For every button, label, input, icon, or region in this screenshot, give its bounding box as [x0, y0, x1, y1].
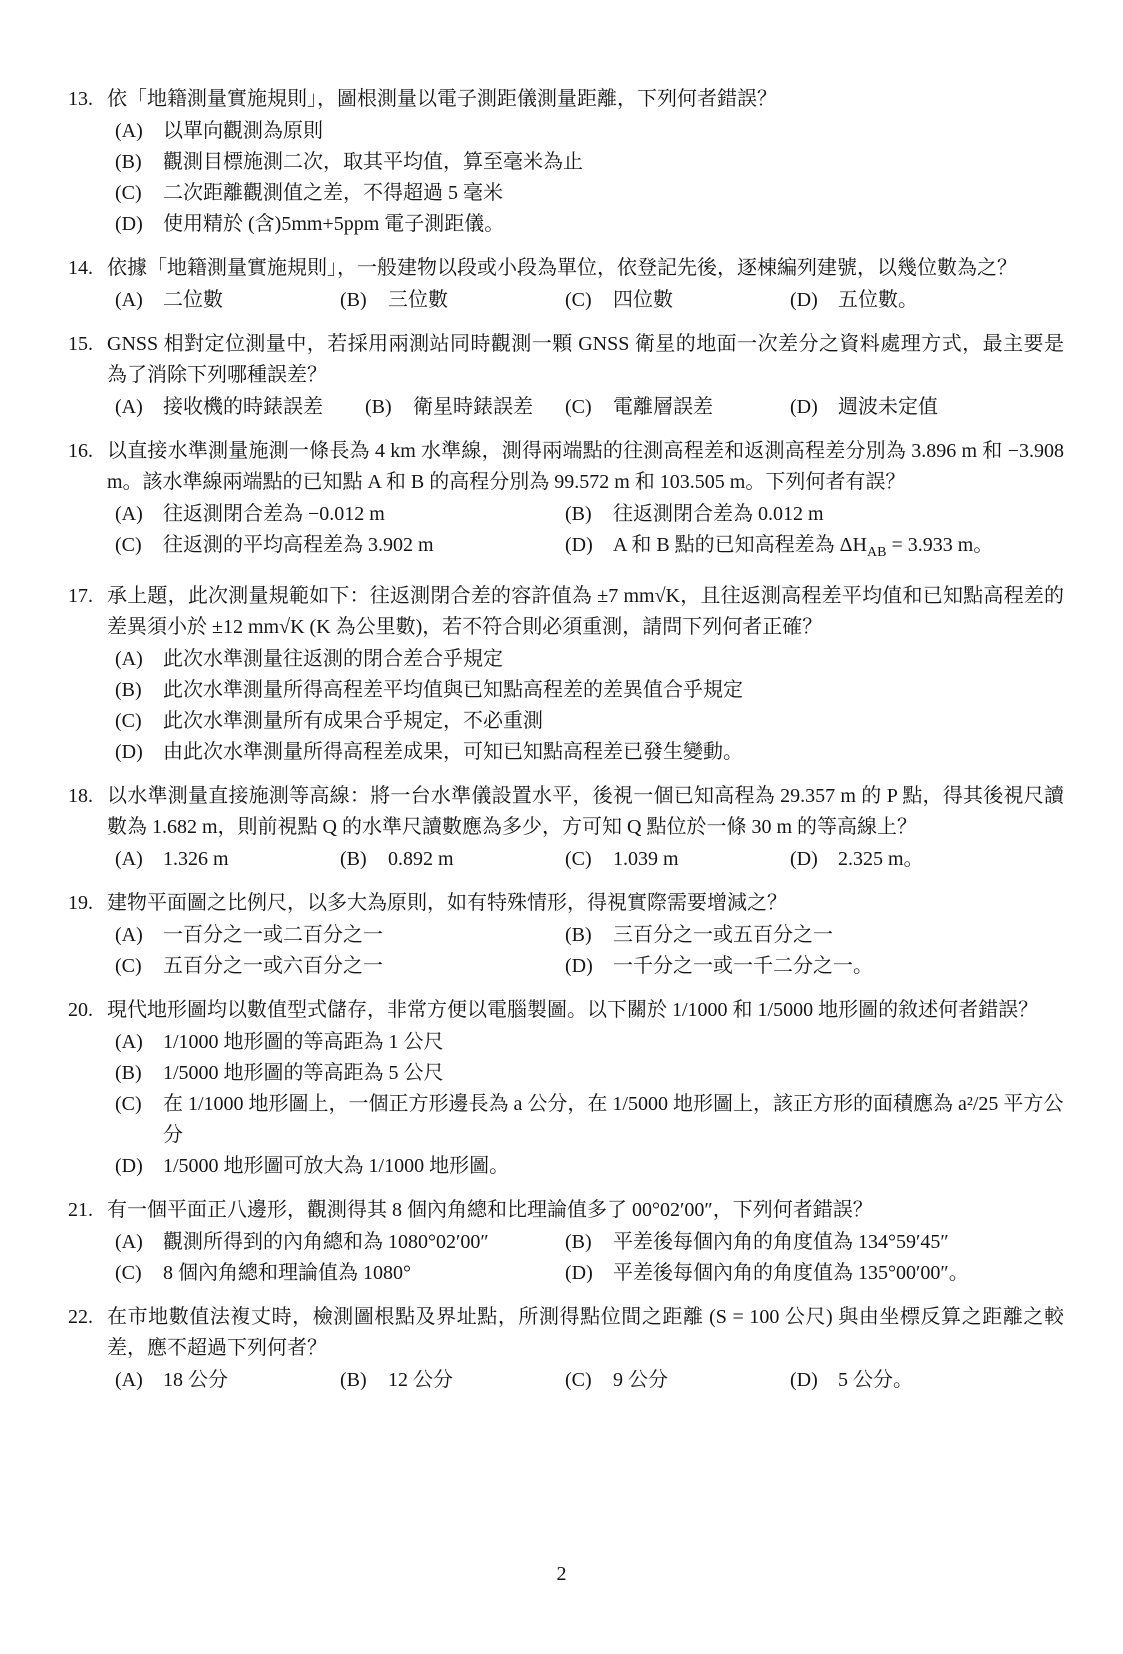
option-label: (D) [565, 530, 593, 561]
option-label: (D) [115, 209, 143, 240]
q19-option-b: (B) 三百分之一或五百分之一 [565, 920, 1064, 951]
option-label: (D) [565, 1258, 593, 1289]
question-stem-text: 以直接水準測量施測一條長為 4 km 水準線，測得兩端點的往測高程差和返測高程差… [107, 440, 1064, 493]
question-15-options: (A) 接收機的時錶誤差 (B) 衛星時錶誤差 (C) 電離層誤差 (D) 週波… [68, 392, 1064, 423]
option-label: (B) [565, 499, 592, 530]
option-label: (D) [790, 285, 818, 316]
question-number: 19. [68, 888, 93, 919]
question-17-stem: 17. 承上題，此次測量規範如下：往返測閉合差的容許值為 ±7 mm√K，且往返… [68, 581, 1064, 643]
q21-option-d: (D) 平差後每個內角的角度值為 135°00′00″。 [565, 1258, 1064, 1289]
question-stem-text: 以水準測量直接施測等高線：將一台水準儀設置水平，後視一個已知高程為 29.357… [107, 785, 1064, 838]
option-text: 平差後每個內角的角度值為 135°00′00″。 [613, 1262, 969, 1284]
question-13: 13. 依「地籍測量實施規則」，圖根測量以電子測距儀測量距離，下列何者錯誤？ (… [68, 84, 1064, 240]
question-22-stem: 22. 在市地數值法複丈時，檢測圖根點及界址點，所測得點位間之距離 (S = 1… [68, 1302, 1064, 1364]
q19-option-a: (A) 一百分之一或二百分之一 [115, 920, 565, 951]
question-stem-text: 現代地形圖均以數值型式儲存，非常方便以電腦製圖。以下關於 1/1000 和 1/… [107, 999, 1038, 1021]
option-label: (C) [565, 1365, 592, 1396]
option-text: 觀測所得到的內角總和為 1080°02′00″ [163, 1231, 489, 1253]
option-text: 二次距離觀測值之差，不得超過 5 毫米 [163, 182, 503, 204]
option-text: 使用精於 (含)5mm+5ppm 電子測距儀。 [163, 213, 504, 235]
q22-option-a: (A) 18 公分 [115, 1365, 340, 1396]
question-18-options: (A) 1.326 m (B) 0.892 m (C) 1.039 m (D) … [68, 844, 1064, 875]
option-label: (A) [115, 1027, 143, 1058]
option-text: 此次水準測量所得高程差平均值與已知點高程差的差異值合乎規定 [163, 679, 743, 701]
option-text: 由此次水準測量所得高程差成果，可知已知點高程差已發生變動。 [163, 741, 743, 763]
question-15-stem: 15. GNSS 相對定位測量中，若採用兩測站同時觀測一顆 GNSS 衛星的地面… [68, 329, 1064, 391]
q13-option-c: (C) 二次距離觀測值之差，不得超過 5 毫米 [115, 178, 1064, 209]
option-label: (B) [340, 1365, 367, 1396]
option-text: 0.892 m [388, 848, 454, 870]
option-text: 五百分之一或六百分之一 [163, 955, 383, 977]
option-label: (B) [565, 1227, 592, 1258]
option-text: 衛星時錶誤差 [413, 396, 533, 418]
option-text: 2.325 m。 [838, 848, 924, 870]
q19-option-c: (C) 五百分之一或六百分之一 [115, 951, 565, 982]
question-19: 19. 建物平面圖之比例尺，以多大為原則，如有特殊情形，得視實際需要增減之？ (… [68, 888, 1064, 982]
option-label: (A) [115, 116, 143, 147]
option-label: (C) [565, 285, 592, 316]
option-text: 三百分之一或五百分之一 [613, 924, 833, 946]
option-label: (B) [565, 920, 592, 951]
option-label: (B) [340, 285, 367, 316]
option-text: 此次水準測量所有成果合乎規定，不必重測 [163, 710, 543, 732]
q13-option-a: (A) 以單向觀測為原則 [115, 116, 1064, 147]
option-text: 此次水準測量往返測的閉合差合乎規定 [163, 648, 503, 670]
option-text: 12 公分 [388, 1369, 453, 1391]
question-stem-text: 依據「地籍測量實施規則」，一般建物以段或小段為單位，依登記先後，逐棟編列建號，以… [107, 257, 1017, 279]
question-number: 22. [68, 1302, 93, 1333]
q22-option-b: (B) 12 公分 [340, 1365, 565, 1396]
option-label: (A) [115, 644, 143, 675]
option-text: 四位數 [613, 289, 673, 311]
option-text: 18 公分 [163, 1369, 228, 1391]
option-text: 1/5000 地形圖的等高距為 5 公尺 [163, 1062, 444, 1084]
option-text: 一千分之一或一千二分之一。 [613, 955, 873, 977]
question-number: 15. [68, 329, 93, 360]
option-text: 8 個內角總和理論值為 1080° [163, 1262, 411, 1284]
question-17: 17. 承上題，此次測量規範如下：往返測閉合差的容許值為 ±7 mm√K，且往返… [68, 581, 1064, 768]
question-16: 16. 以直接水準測量施測一條長為 4 km 水準線，測得兩端點的往測高程差和返… [68, 436, 1064, 568]
option-label: (C) [565, 844, 592, 875]
q20-option-c: (C) 在 1/1000 地形圖上，一個正方形邊長為 a 公分，在 1/5000… [115, 1089, 1064, 1151]
q13-option-d: (D) 使用精於 (含)5mm+5ppm 電子測距儀。 [115, 209, 1064, 240]
q16-option-a: (A) 往返測閉合差為 −0.012 m [115, 499, 565, 530]
q15-option-b: (B) 衛星時錶誤差 [365, 392, 565, 423]
q17-option-a: (A) 此次水準測量往返測的閉合差合乎規定 [115, 644, 1064, 675]
option-text: 9 公分 [613, 1369, 668, 1391]
q19-option-d: (D) 一千分之一或一千二分之一。 [565, 951, 1064, 982]
question-22-options: (A) 18 公分 (B) 12 公分 (C) 9 公分 (D) 5 公分。 [68, 1365, 1064, 1396]
question-20-stem: 20. 現代地形圖均以數值型式儲存，非常方便以電腦製圖。以下關於 1/1000 … [68, 995, 1064, 1026]
option-label: (C) [115, 530, 142, 561]
question-14-stem: 14. 依據「地籍測量實施規則」，一般建物以段或小段為單位，依登記先後，逐棟編列… [68, 253, 1064, 284]
page-number: 2 [0, 1562, 1123, 1586]
option-text: 二位數 [163, 289, 223, 311]
option-text: 五位數。 [838, 289, 918, 311]
q16-option-c: (C) 往返測的平均高程差為 3.902 m [115, 530, 565, 568]
question-stem-text: 有一個平面正八邊形，觀測得其 8 個內角總和比理論值多了 00°02′00″，下… [107, 1199, 873, 1221]
question-stem-text: GNSS 相對定位測量中，若採用兩測站同時觀測一顆 GNSS 衛星的地面一次差分… [107, 333, 1064, 386]
question-stem-text: 承上題，此次測量規範如下：往返測閉合差的容許值為 ±7 mm√K，且往返測高程差… [107, 585, 1064, 638]
question-21: 21. 有一個平面正八邊形，觀測得其 8 個內角總和比理論值多了 00°02′0… [68, 1195, 1064, 1289]
option-label: (D) [565, 951, 593, 982]
question-number: 13. [68, 84, 93, 115]
q15-option-c: (C) 電離層誤差 [565, 392, 790, 423]
option-text: 往返測閉合差為 −0.012 m [163, 503, 385, 525]
option-label: (B) [115, 1058, 142, 1089]
question-number: 16. [68, 436, 93, 467]
question-19-stem: 19. 建物平面圖之比例尺，以多大為原則，如有特殊情形，得視實際需要增減之？ [68, 888, 1064, 919]
option-label: (A) [115, 499, 143, 530]
option-label: (C) [115, 706, 142, 737]
option-text: 1/1000 地形圖的等高距為 1 公尺 [163, 1031, 444, 1053]
q16-option-d: (D) A 和 B 點的已知高程差為 ΔHAB = 3.933 m。 [565, 530, 1064, 568]
question-number: 18. [68, 781, 93, 812]
option-text: 一百分之一或二百分之一 [163, 924, 383, 946]
option-label: (A) [115, 392, 143, 423]
q17-option-b: (B) 此次水準測量所得高程差平均值與已知點高程差的差異值合乎規定 [115, 675, 1064, 706]
option-label: (C) [565, 392, 592, 423]
q14-option-c: (C) 四位數 [565, 285, 790, 316]
option-text: 1/5000 地形圖可放大為 1/1000 地形圖。 [163, 1155, 509, 1177]
option-text-subscript: AB [867, 545, 886, 560]
q21-option-b: (B) 平差後每個內角的角度值為 134°59′45″ [565, 1227, 1064, 1258]
q14-option-d: (D) 五位數。 [790, 285, 1064, 316]
question-number: 14. [68, 253, 93, 284]
option-text: 以單向觀測為原則 [163, 120, 323, 142]
question-stem-text: 在市地數值法複丈時，檢測圖根點及界址點，所測得點位間之距離 (S = 100 公… [107, 1306, 1064, 1359]
q16-option-b: (B) 往返測閉合差為 0.012 m [565, 499, 1064, 530]
option-label: (D) [115, 1151, 143, 1182]
q18-option-d: (D) 2.325 m。 [790, 844, 1064, 875]
question-20-options: (A) 1/1000 地形圖的等高距為 1 公尺 (B) 1/5000 地形圖的… [68, 1027, 1064, 1182]
option-label: (C) [115, 1258, 142, 1289]
option-text: 往返測的平均高程差為 3.902 m [163, 534, 434, 556]
option-label: (D) [790, 844, 818, 875]
question-number: 21. [68, 1195, 93, 1226]
q20-option-a: (A) 1/1000 地形圖的等高距為 1 公尺 [115, 1027, 1064, 1058]
option-text: 接收機的時錶誤差 [163, 396, 323, 418]
q20-option-b: (B) 1/5000 地形圖的等高距為 5 公尺 [115, 1058, 1064, 1089]
option-text: 往返測閉合差為 0.012 m [613, 503, 824, 525]
option-text: 週波未定值 [838, 396, 938, 418]
exam-content: 13. 依「地籍測量實施規則」，圖根測量以電子測距儀測量距離，下列何者錯誤？ (… [68, 84, 1064, 1409]
option-label: (A) [115, 920, 143, 951]
question-20: 20. 現代地形圖均以數值型式儲存，非常方便以電腦製圖。以下關於 1/1000 … [68, 995, 1064, 1182]
question-18-stem: 18. 以水準測量直接施測等高線：將一台水準儀設置水平，後視一個已知高程為 29… [68, 781, 1064, 843]
question-17-options: (A) 此次水準測量往返測的閉合差合乎規定 (B) 此次水準測量所得高程差平均值… [68, 644, 1064, 768]
question-stem-text: 建物平面圖之比例尺，以多大為原則，如有特殊情形，得視實際需要增減之？ [107, 892, 787, 914]
question-stem-text: 依「地籍測量實施規則」，圖根測量以電子測距儀測量距離，下列何者錯誤？ [107, 88, 777, 110]
option-label: (D) [115, 737, 143, 768]
option-label: (A) [115, 285, 143, 316]
q14-option-b: (B) 三位數 [340, 285, 565, 316]
question-19-options: (A) 一百分之一或二百分之一 (B) 三百分之一或五百分之一 (C) 五百分之… [68, 920, 1064, 982]
option-text: 在 1/1000 地形圖上，一個正方形邊長為 a 公分，在 1/5000 地形圖… [163, 1093, 1063, 1146]
option-label: (C) [115, 178, 142, 209]
question-13-stem: 13. 依「地籍測量實施規則」，圖根測量以電子測距儀測量距離，下列何者錯誤？ [68, 84, 1064, 115]
option-label: (D) [790, 1365, 818, 1396]
question-22: 22. 在市地數值法複丈時，檢測圖根點及界址點，所測得點位間之距離 (S = 1… [68, 1302, 1064, 1396]
q20-option-d: (D) 1/5000 地形圖可放大為 1/1000 地形圖。 [115, 1151, 1064, 1182]
q15-option-a: (A) 接收機的時錶誤差 [115, 392, 365, 423]
question-15: 15. GNSS 相對定位測量中，若採用兩測站同時觀測一顆 GNSS 衛星的地面… [68, 329, 1064, 423]
option-label: (C) [115, 1089, 142, 1120]
option-text: 觀測目標施測二次，取其平均值，算至毫米為止 [163, 151, 583, 173]
q22-option-d: (D) 5 公分。 [790, 1365, 1064, 1396]
question-14: 14. 依據「地籍測量實施規則」，一般建物以段或小段為單位，依登記先後，逐棟編列… [68, 253, 1064, 316]
option-label: (B) [115, 675, 142, 706]
question-18: 18. 以水準測量直接施測等高線：將一台水準儀設置水平，後視一個已知高程為 29… [68, 781, 1064, 875]
option-label: (A) [115, 1365, 143, 1396]
option-text: 5 公分。 [838, 1369, 913, 1391]
option-label: (A) [115, 1227, 143, 1258]
option-label: (B) [115, 147, 142, 178]
q17-option-c: (C) 此次水準測量所有成果合乎規定，不必重測 [115, 706, 1064, 737]
question-number: 20. [68, 995, 93, 1026]
q22-option-c: (C) 9 公分 [565, 1365, 790, 1396]
question-16-stem: 16. 以直接水準測量施測一條長為 4 km 水準線，測得兩端點的往測高程差和返… [68, 436, 1064, 498]
question-21-options: (A) 觀測所得到的內角總和為 1080°02′00″ (B) 平差後每個內角的… [68, 1227, 1064, 1289]
question-13-options: (A) 以單向觀測為原則 (B) 觀測目標施測二次，取其平均值，算至毫米為止 (… [68, 116, 1064, 240]
question-21-stem: 21. 有一個平面正八邊形，觀測得其 8 個內角總和比理論值多了 00°02′0… [68, 1195, 1064, 1226]
q15-option-d: (D) 週波未定值 [790, 392, 1064, 423]
option-text: 平差後每個內角的角度值為 134°59′45″ [613, 1231, 949, 1253]
question-14-options: (A) 二位數 (B) 三位數 (C) 四位數 (D) 五位數。 [68, 285, 1064, 316]
q17-option-d: (D) 由此次水準測量所得高程差成果，可知已知點高程差已發生變動。 [115, 737, 1064, 768]
option-label: (B) [365, 392, 392, 423]
q21-option-a: (A) 觀測所得到的內角總和為 1080°02′00″ [115, 1227, 565, 1258]
option-label: (B) [340, 844, 367, 875]
option-text: 1.326 m [163, 848, 229, 870]
q14-option-a: (A) 二位數 [115, 285, 340, 316]
q13-option-b: (B) 觀測目標施測二次，取其平均值，算至毫米為止 [115, 147, 1064, 178]
option-label: (A) [115, 844, 143, 875]
q21-option-c: (C) 8 個內角總和理論值為 1080° [115, 1258, 565, 1289]
question-number: 17. [68, 581, 93, 612]
option-text: A 和 B 點的已知高程差為 ΔH [613, 534, 867, 556]
option-label: (C) [115, 951, 142, 982]
option-text: 三位數 [388, 289, 448, 311]
option-text: 電離層誤差 [613, 396, 713, 418]
q18-option-a: (A) 1.326 m [115, 844, 340, 875]
option-label: (D) [790, 392, 818, 423]
option-text-after: = 3.933 m。 [886, 534, 993, 556]
exam-page: 13. 依「地籍測量實施規則」，圖根測量以電子測距儀測量距離，下列何者錯誤？ (… [0, 0, 1123, 1654]
q18-option-c: (C) 1.039 m [565, 844, 790, 875]
q18-option-b: (B) 0.892 m [340, 844, 565, 875]
question-16-options: (A) 往返測閉合差為 −0.012 m (B) 往返測閉合差為 0.012 m… [68, 499, 1064, 568]
option-text: 1.039 m [613, 848, 679, 870]
